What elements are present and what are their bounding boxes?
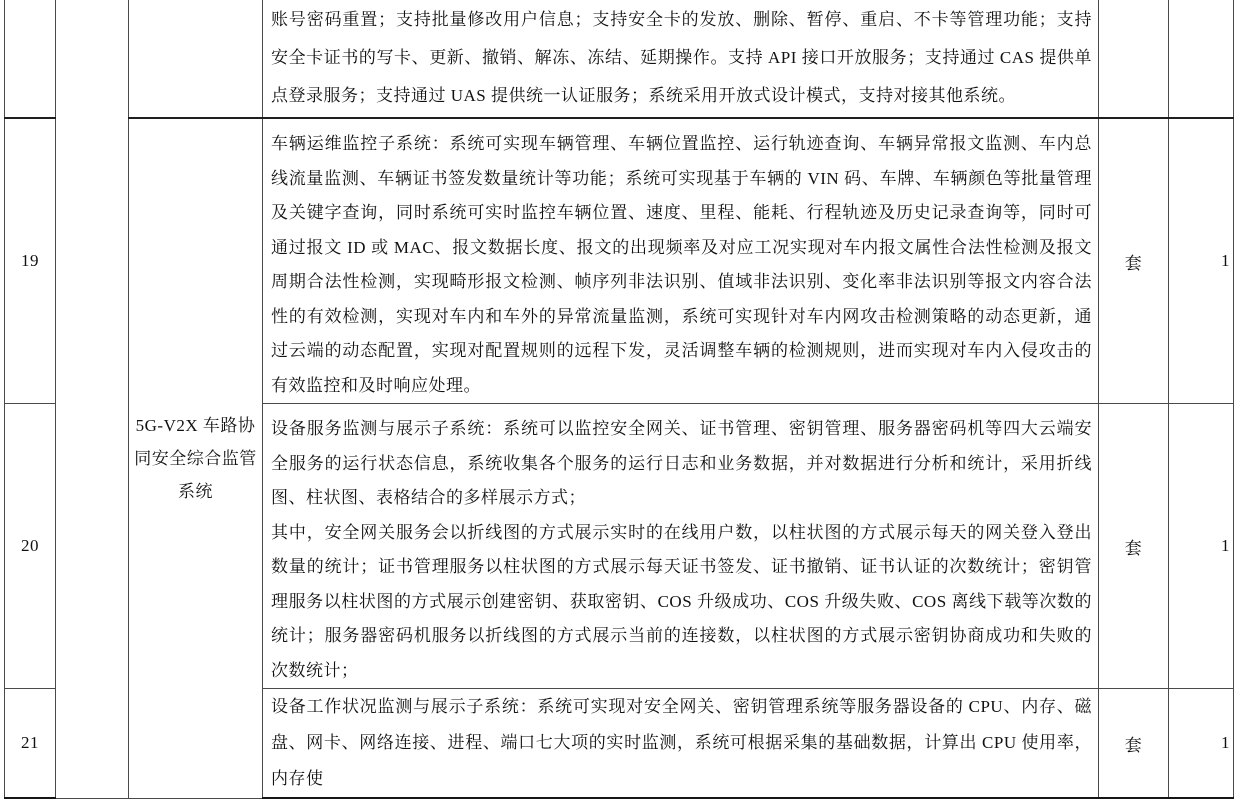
description-cell: 设备服务监测与展示子系统：系统可以监控安全网关、证书管理、密钥管理、服务器密码机… [263,404,1099,689]
description-paragraph: 设备服务监测与展示子系统：系统可以监控安全网关、证书管理、密钥管理、服务器密码机… [271,412,1092,516]
row-number-cell [5,0,56,118]
row-number-cell: 20 [5,404,56,689]
description-cell: 设备工作状况监测与展示子系统：系统可实现对安全网关、密钥管理系统等服务器设备的 … [263,689,1099,757]
quantity-cell: 1 [1169,118,1234,404]
carryover-description-cell: 账号密码重置；支持批量修改用户信息；支持安全卡的发放、删除、暂停、重启、不卡等管… [263,0,1099,118]
table-row-19: 19 5G-V2X 车路协同安全综合监管系统 车辆运维监控子系统：系统可实现车辆… [5,118,1234,404]
document-page: 账号密码重置；支持批量修改用户信息；支持安全卡的发放、删除、暂停、重启、不卡等管… [0,0,1237,756]
category-cell-empty [56,0,129,756]
row-number-cell: 21 [5,689,56,757]
description-cell: 车辆运维监控子系统：系统可实现车辆管理、车辆位置监控、运行轨迹查询、车辆异常报文… [263,118,1099,404]
table-row-carryover: 账号密码重置；支持批量修改用户信息；支持安全卡的发放、删除、暂停、重启、不卡等管… [5,0,1234,118]
description-paragraph: 其中，安全网关服务会以折线图的方式展示实时的在线用户数，以柱状图的方式展示每天的… [271,516,1092,689]
row-number-cell: 19 [5,118,56,404]
system-name-cell: 5G-V2X 车路协同安全综合监管系统 [129,118,263,756]
unit-cell: 套 [1099,404,1169,689]
unit-cell: 套 [1099,689,1169,757]
quantity-cell [1169,0,1234,118]
system-name-cell-empty [129,0,263,118]
spec-table: 账号密码重置；支持批量修改用户信息；支持安全卡的发放、删除、暂停、重启、不卡等管… [4,0,1234,756]
quantity-cell: 1 [1169,689,1234,757]
quantity-cell: 1 [1169,404,1234,689]
unit-cell [1099,0,1169,118]
unit-cell: 套 [1099,118,1169,404]
